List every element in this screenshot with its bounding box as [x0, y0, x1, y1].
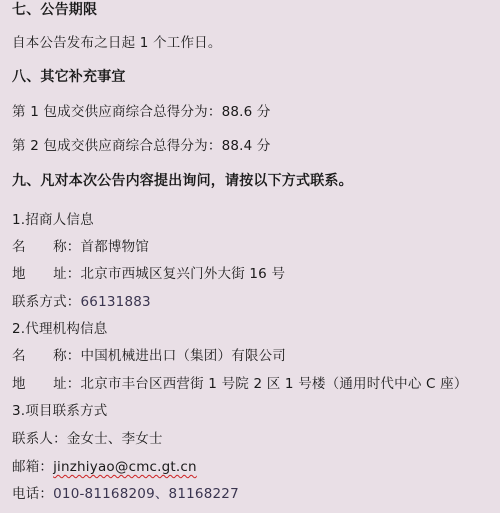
purchaser-contact-value: 66131883 [81, 294, 151, 310]
purchaser-name-label: 名 称： [12, 239, 81, 255]
purchaser-address-label: 地 址： [12, 266, 81, 282]
package-2-score: 第 2 包成交供应商综合总得分为：88.4 分 [12, 136, 271, 156]
purchaser-address-row: 地 址：北京市西城区复兴门外大街 16 号 [12, 264, 285, 284]
contact-person-label: 联系人： [12, 431, 67, 447]
agency-name-value: 中国机械进出口（集团）有限公司 [81, 348, 287, 364]
announcement-document: 七、公告期限 自本公告发布之日起 1 个工作日。 八、其它补充事宜 第 1 包成… [0, 0, 500, 513]
agency-info-title: 2.代理机构信息 [12, 319, 107, 339]
project-contact-person-row: 联系人：金女士、李女士 [12, 429, 163, 449]
section-7-body: 自本公告发布之日起 1 个工作日。 [12, 33, 222, 53]
section-9-heading: 九、凡对本次公告内容提出询问，请按以下方式联系。 [12, 171, 353, 191]
agency-address-label: 地 址： [12, 376, 81, 392]
phone-label: 电话： [12, 486, 53, 502]
section-8-heading: 八、其它补充事宜 [12, 67, 126, 87]
purchaser-name-value: 首都博物馆 [81, 239, 150, 255]
purchaser-info-title: 1.招商人信息 [12, 210, 94, 230]
phone-value: 010-81168209、81168227 [53, 486, 239, 502]
project-email-row: 邮箱：jinzhiyao@cmc.gt.cn [12, 457, 197, 477]
email-label: 邮箱： [12, 459, 53, 475]
package-1-score: 第 1 包成交供应商综合总得分为：88.6 分 [12, 102, 271, 122]
purchaser-contact-row: 联系方式：66131883 [12, 292, 151, 312]
contact-person-value: 金女士、李女士 [67, 431, 163, 447]
agency-address-row: 地 址：北京市丰台区西营街 1 号院 2 区 1 号楼（通用时代中心 C 座） [12, 374, 468, 394]
agency-name-label: 名 称： [12, 348, 81, 364]
agency-address-value: 北京市丰台区西营街 1 号院 2 区 1 号楼（通用时代中心 C 座） [81, 376, 468, 392]
section-7-heading: 七、公告期限 [12, 0, 97, 20]
purchaser-address-value: 北京市西城区复兴门外大街 16 号 [81, 266, 286, 282]
email-link[interactable]: jinzhiyao@cmc.gt.cn [53, 459, 197, 475]
purchaser-name-row: 名 称：首都博物馆 [12, 237, 149, 257]
project-contact-title: 3.项目联系方式 [12, 401, 107, 421]
project-phone-row: 电话：010-81168209、81168227 [12, 484, 239, 504]
agency-name-row: 名 称：中国机械进出口（集团）有限公司 [12, 346, 286, 366]
purchaser-contact-label: 联系方式： [12, 294, 81, 310]
